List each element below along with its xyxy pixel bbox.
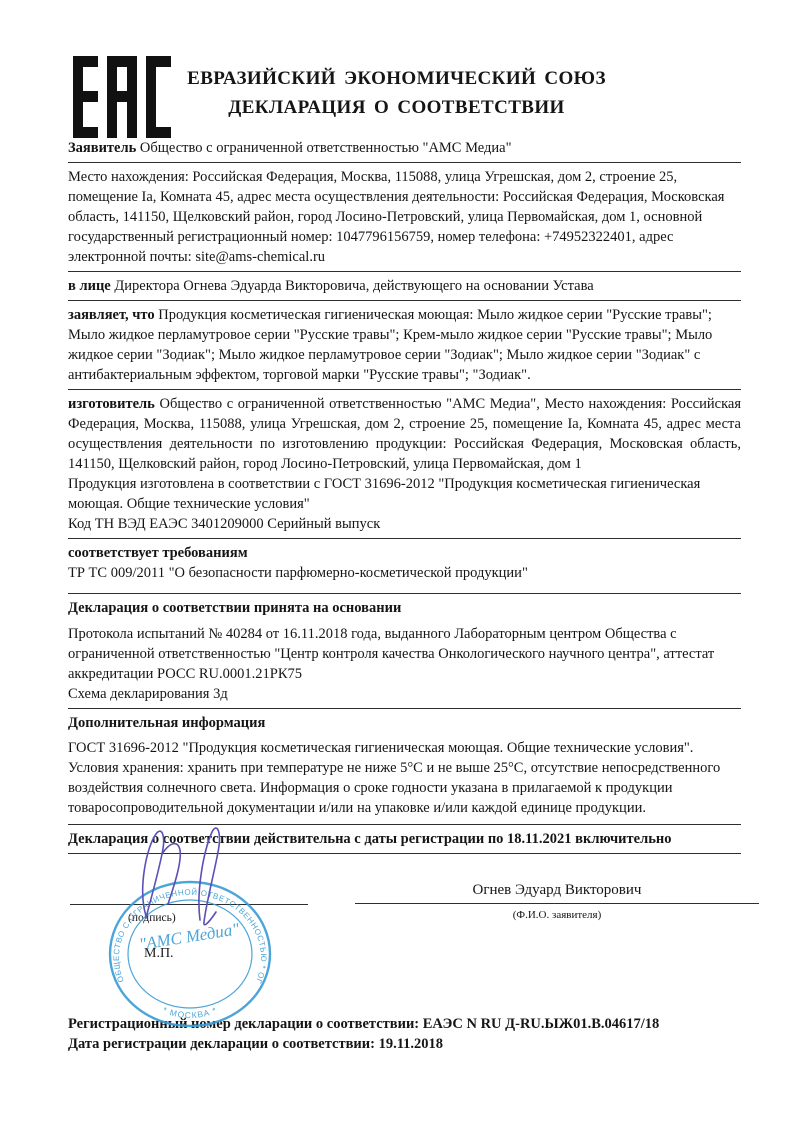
- svg-text:ОБЩЕСТВО С ОГРАНИЧЕННОЙ ОТВЕТС: ОБЩЕСТВО С ОГРАНИЧЕННОЙ ОТВЕТСТВЕННОСТЬЮ…: [104, 876, 268, 985]
- manufacturer-paragraph: изготовитель Общество с ограниченной отв…: [68, 394, 741, 474]
- applicant-line: Заявитель Общество с ограниченной ответс…: [68, 138, 741, 158]
- divider: [68, 593, 741, 594]
- stamp-place-label: М.П.: [144, 944, 174, 964]
- applicant-address: Место нахождения: Российская Федерация, …: [68, 167, 741, 267]
- representative-label: в лице: [68, 278, 111, 294]
- declaration-scheme-line: Схема декларирования 3д: [68, 684, 741, 704]
- eac-logo-icon: [73, 56, 171, 138]
- signature-line: [70, 904, 308, 905]
- applicant-fio-block: Огнев Эдуард Викторович (Ф.И.О. заявител…: [355, 880, 759, 925]
- declares-value: Продукция косметическая гигиеническая мо…: [68, 307, 712, 383]
- registration-number-line: Регистрационный номер декларации о соотв…: [68, 1014, 741, 1034]
- divider: [68, 389, 741, 390]
- applicant-fio: Огнев Эдуард Викторович: [355, 880, 759, 900]
- declares-label: заявляет, что: [68, 307, 155, 323]
- divider: [68, 538, 741, 539]
- divider: [68, 162, 741, 163]
- production-standard-line: Продукция изготовлена в соответствии с Г…: [68, 474, 741, 514]
- applicant-label: Заявитель: [68, 140, 136, 156]
- registration-date-line: Дата регистрации декларации о соответств…: [68, 1034, 741, 1054]
- divider: [68, 271, 741, 272]
- additional-info-paragraph: ГОСТ 31696-2012 "Продукция косметическая…: [68, 738, 741, 818]
- representative-line: в лице Директора Огнева Эдуарда Викторов…: [68, 276, 741, 296]
- declared-products: заявляет, что Продукция косметическая ги…: [68, 305, 741, 385]
- representative-value: Директора Огнева Эдуарда Викторовича, де…: [114, 278, 593, 294]
- technical-regulation-line: ТР ТС 009/2011 "О безопасности парфюмерн…: [68, 563, 741, 583]
- document-body: Заявитель Общество с ограниченной ответс…: [68, 138, 741, 1054]
- divider: [68, 853, 741, 854]
- divider: [68, 708, 741, 709]
- fio-caption: (Ф.И.О. заявителя): [355, 905, 759, 925]
- divider: [68, 300, 741, 301]
- declaration-document: ЕВРАЗИЙСКИЙ ЭКОНОМИЧЕСКИЙ СОЮЗ ДЕКЛАРАЦИ…: [0, 0, 793, 1122]
- stamp-ring-text: ОБЩЕСТВО С ОГРАНИЧЕННОЙ ОТВЕТСТВЕННОСТЬЮ…: [104, 876, 268, 985]
- company-stamp: ОБЩЕСТВО С ОГРАНИЧЕННОЙ ОТВЕТСТВЕННОСТЬЮ…: [104, 876, 276, 1032]
- registration-footer: Регистрационный номер декларации о соотв…: [68, 1014, 741, 1054]
- manufacturer-value: Общество с ограниченной ответственностью…: [68, 396, 741, 472]
- validity-line: Декларация о соответствии действительна …: [68, 829, 741, 849]
- divider: [68, 824, 741, 825]
- basis-heading: Декларация о соответствии принята на осн…: [68, 598, 741, 618]
- tnved-code-line: Код ТН ВЭД ЕАЭС 3401209000 Серийный выпу…: [68, 514, 741, 534]
- fio-line: [355, 903, 759, 904]
- signature-block: (подпись) Огнев Эдуард Викторович (Ф.И.О…: [68, 862, 741, 1012]
- applicant-value: Общество с ограниченной ответственностью…: [140, 140, 512, 156]
- complies-heading: соответствует требованиям: [68, 543, 741, 563]
- signature-caption: (подпись): [128, 908, 176, 928]
- test-protocol-paragraph: Протокола испытаний № 40284 от 16.11.201…: [68, 624, 741, 684]
- manufacturer-label: изготовитель: [68, 396, 155, 412]
- additional-info-heading: Дополнительная информация: [68, 713, 741, 733]
